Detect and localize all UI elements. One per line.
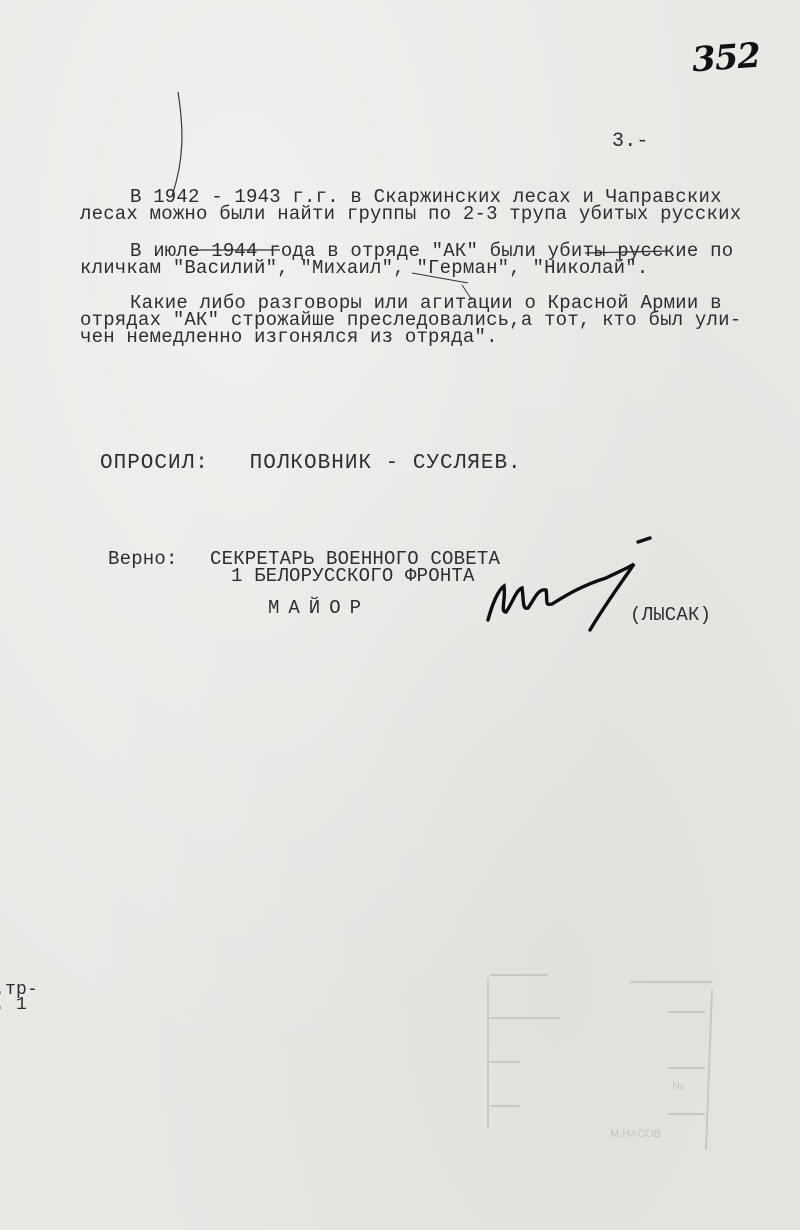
signatory-name: (ЛЫСАК) xyxy=(630,604,711,626)
margin-note-2: . 1 xyxy=(0,995,27,1015)
paragraph-3-line-3: чен немедленно изгонялся из отряда". xyxy=(80,326,498,348)
certification-rank: МАЙОР xyxy=(268,597,370,619)
pencil-mark xyxy=(172,92,182,196)
faint-archive-stamp xyxy=(488,975,712,1150)
paragraph-2-line-2: кличкам "Василий", "Михаил", "Герман", "… xyxy=(80,257,649,279)
stamp-number-sign: № xyxy=(672,1080,684,1092)
stamp-text: М.НАСОВ xyxy=(610,1128,661,1140)
signature xyxy=(488,538,650,630)
page-number: 3.- xyxy=(612,130,649,153)
certification-title-line-2: 1 БЕЛОРУССКОГО ФРОНТА xyxy=(231,565,475,587)
archive-page-number: 352 xyxy=(691,36,762,81)
certification-label: Верно: xyxy=(108,548,178,570)
paragraph-1-line-2: лесах можно были найти группы по 2-3 тру… xyxy=(80,203,741,225)
interrogator-line: ОПРОСИЛ: ПОЛКОВНИК - СУСЛЯЕВ. xyxy=(100,452,522,475)
